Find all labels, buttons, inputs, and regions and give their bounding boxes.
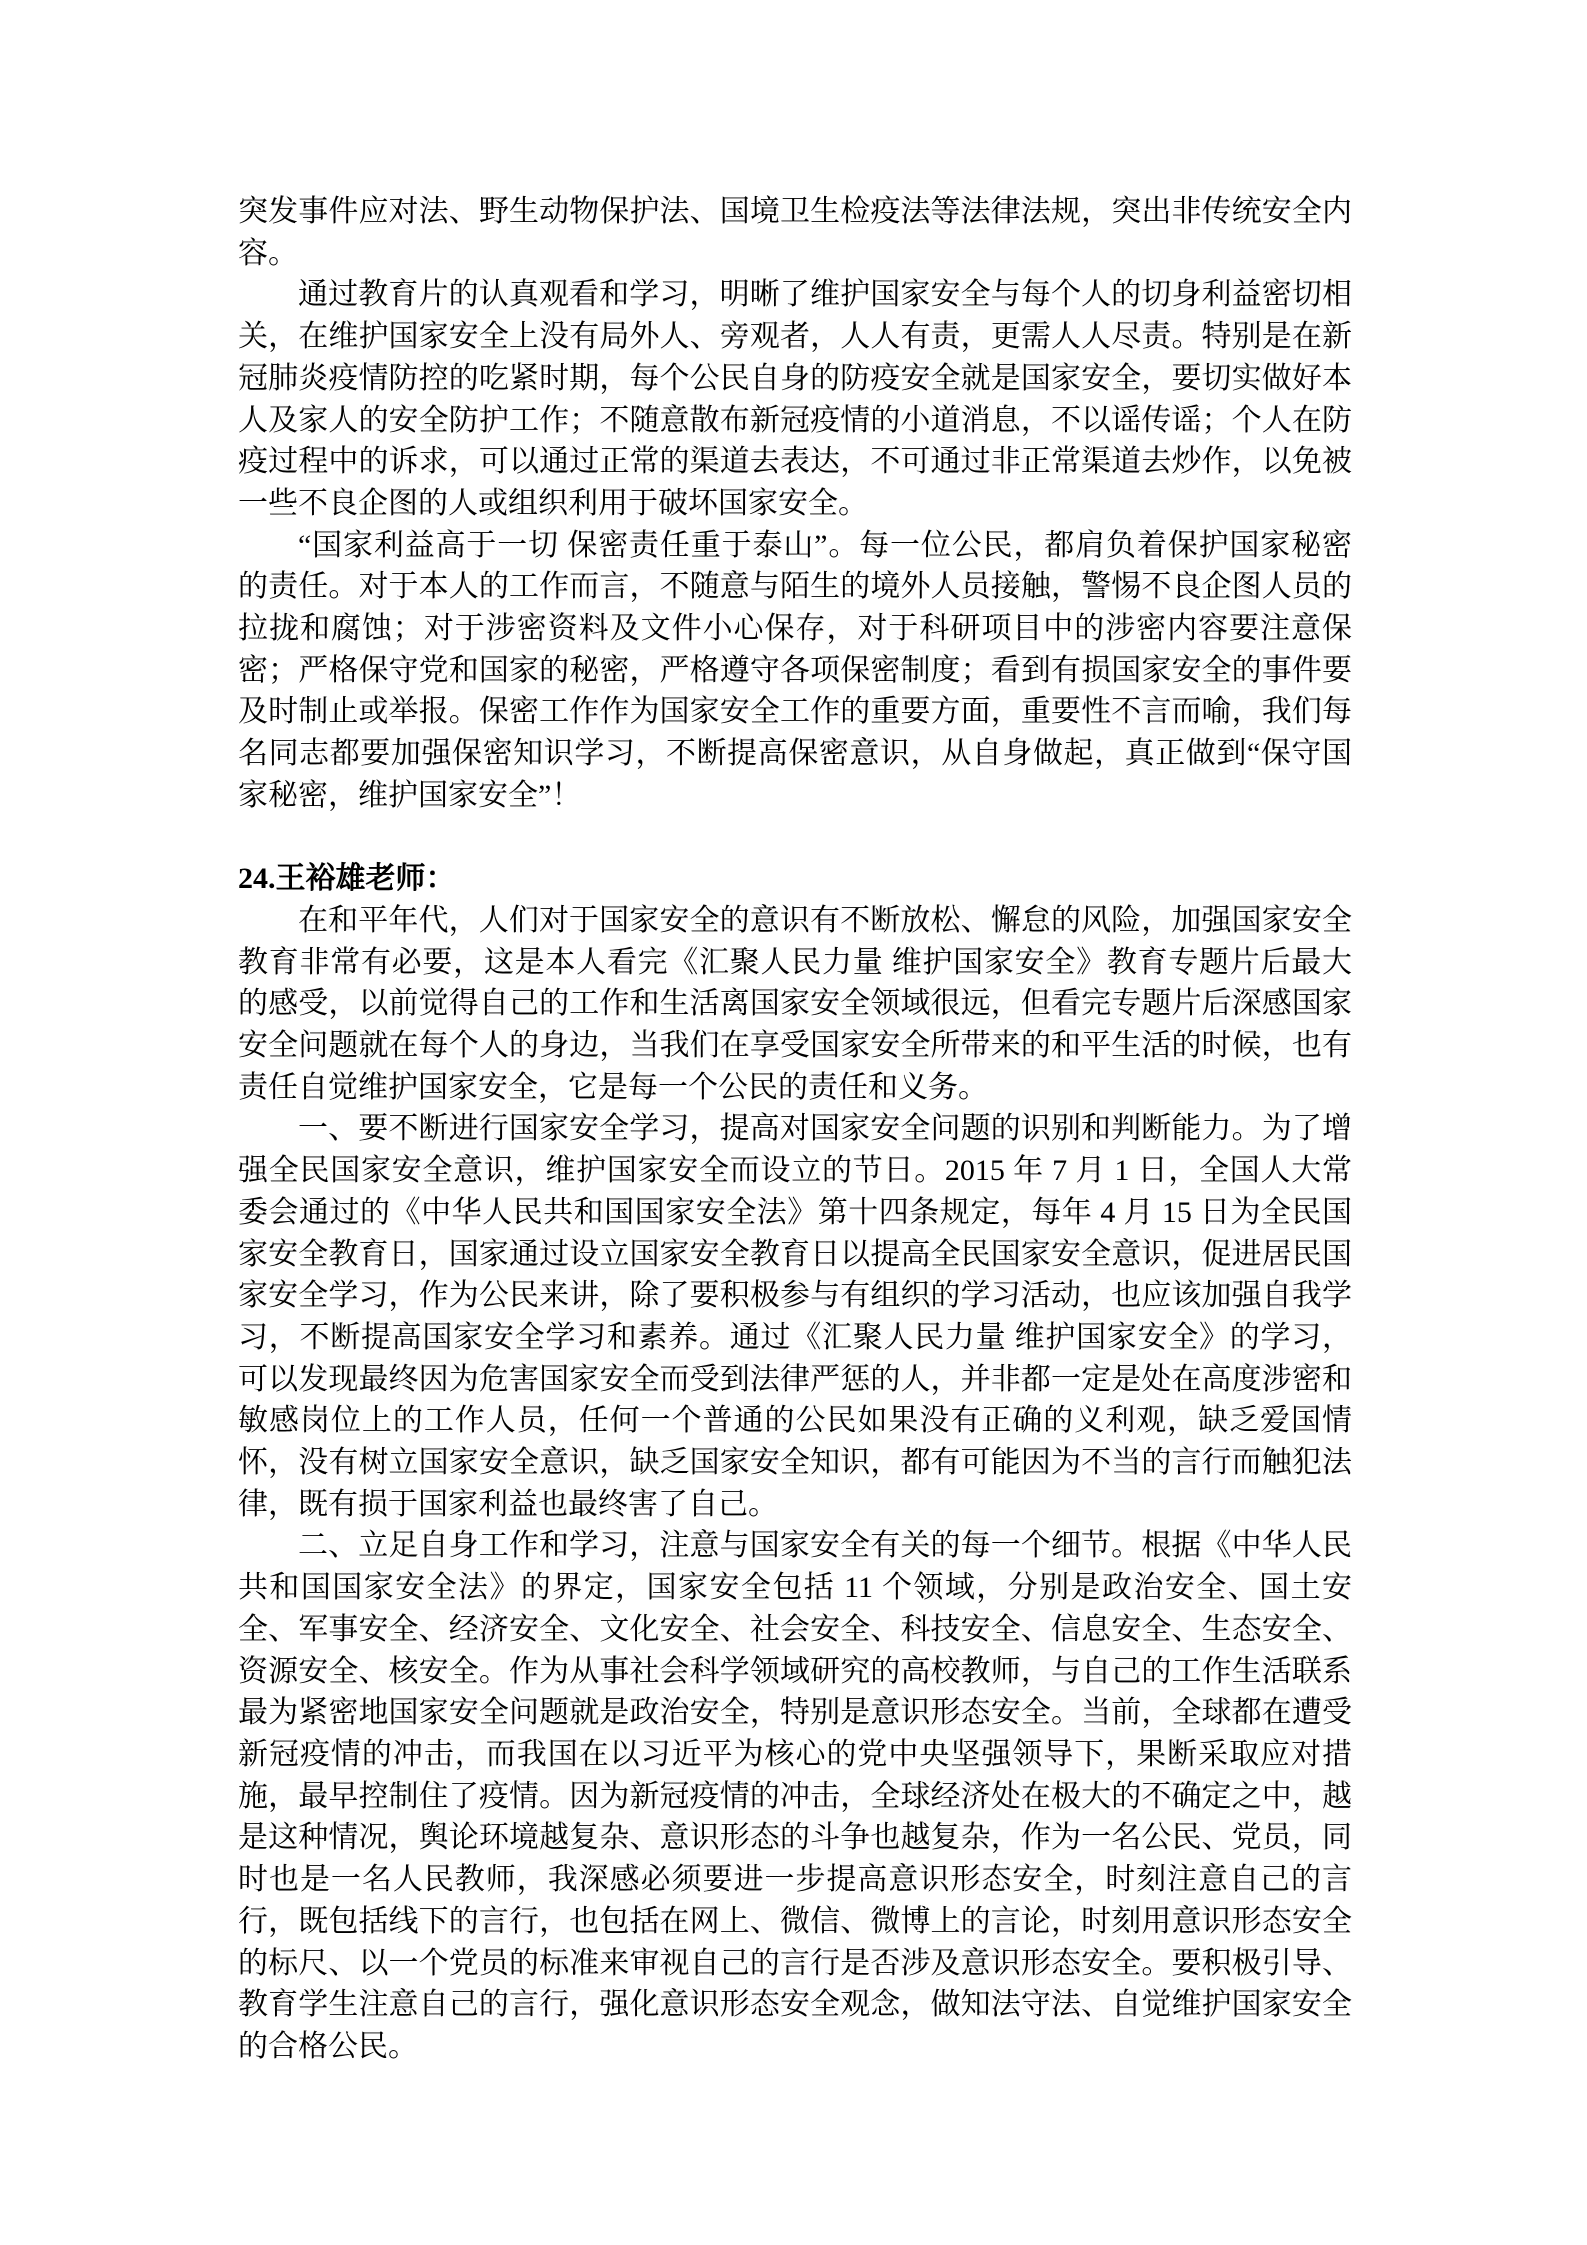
document-page: 突发事件应对法、野生动物保护法、国境卫生检疫法等法律法规，突出非传统安全内容。通… <box>0 0 1587 2245</box>
document-body: 突发事件应对法、野生动物保护法、国境卫生检疫法等法律法规，突出非传统安全内容。通… <box>238 191 1352 2068</box>
para-secrecy-duty: “国家利益高于一切 保密责任重于泰山”。每一位公民，都肩负着保护国家秘密的责任。… <box>238 525 1352 817</box>
para-point-two-details: 二、立足自身工作和学习，注意与国家安全有关的每一个细节。根据《中华人民共和国国家… <box>238 1525 1352 2067</box>
heading-teacher-24: 24.王裕雄老师： <box>238 858 1352 900</box>
para-peacetime-awareness: 在和平年代，人们对于国家安全的意识有不断放松、懈怠的风险，加强国家安全教育非常有… <box>238 900 1352 1109</box>
blank-line <box>238 817 1352 859</box>
para-laws-continuation: 突发事件应对法、野生动物保护法、国境卫生检疫法等法律法规，突出非传统安全内容。 <box>238 191 1352 274</box>
para-point-one-study: 一、要不断进行国家安全学习，提高对国家安全问题的识别和判断能力。为了增强全民国家… <box>238 1108 1352 1525</box>
para-education-film: 通过教育片的认真观看和学习，明晰了维护国家安全与每个人的切身利益密切相关，在维护… <box>238 274 1352 524</box>
